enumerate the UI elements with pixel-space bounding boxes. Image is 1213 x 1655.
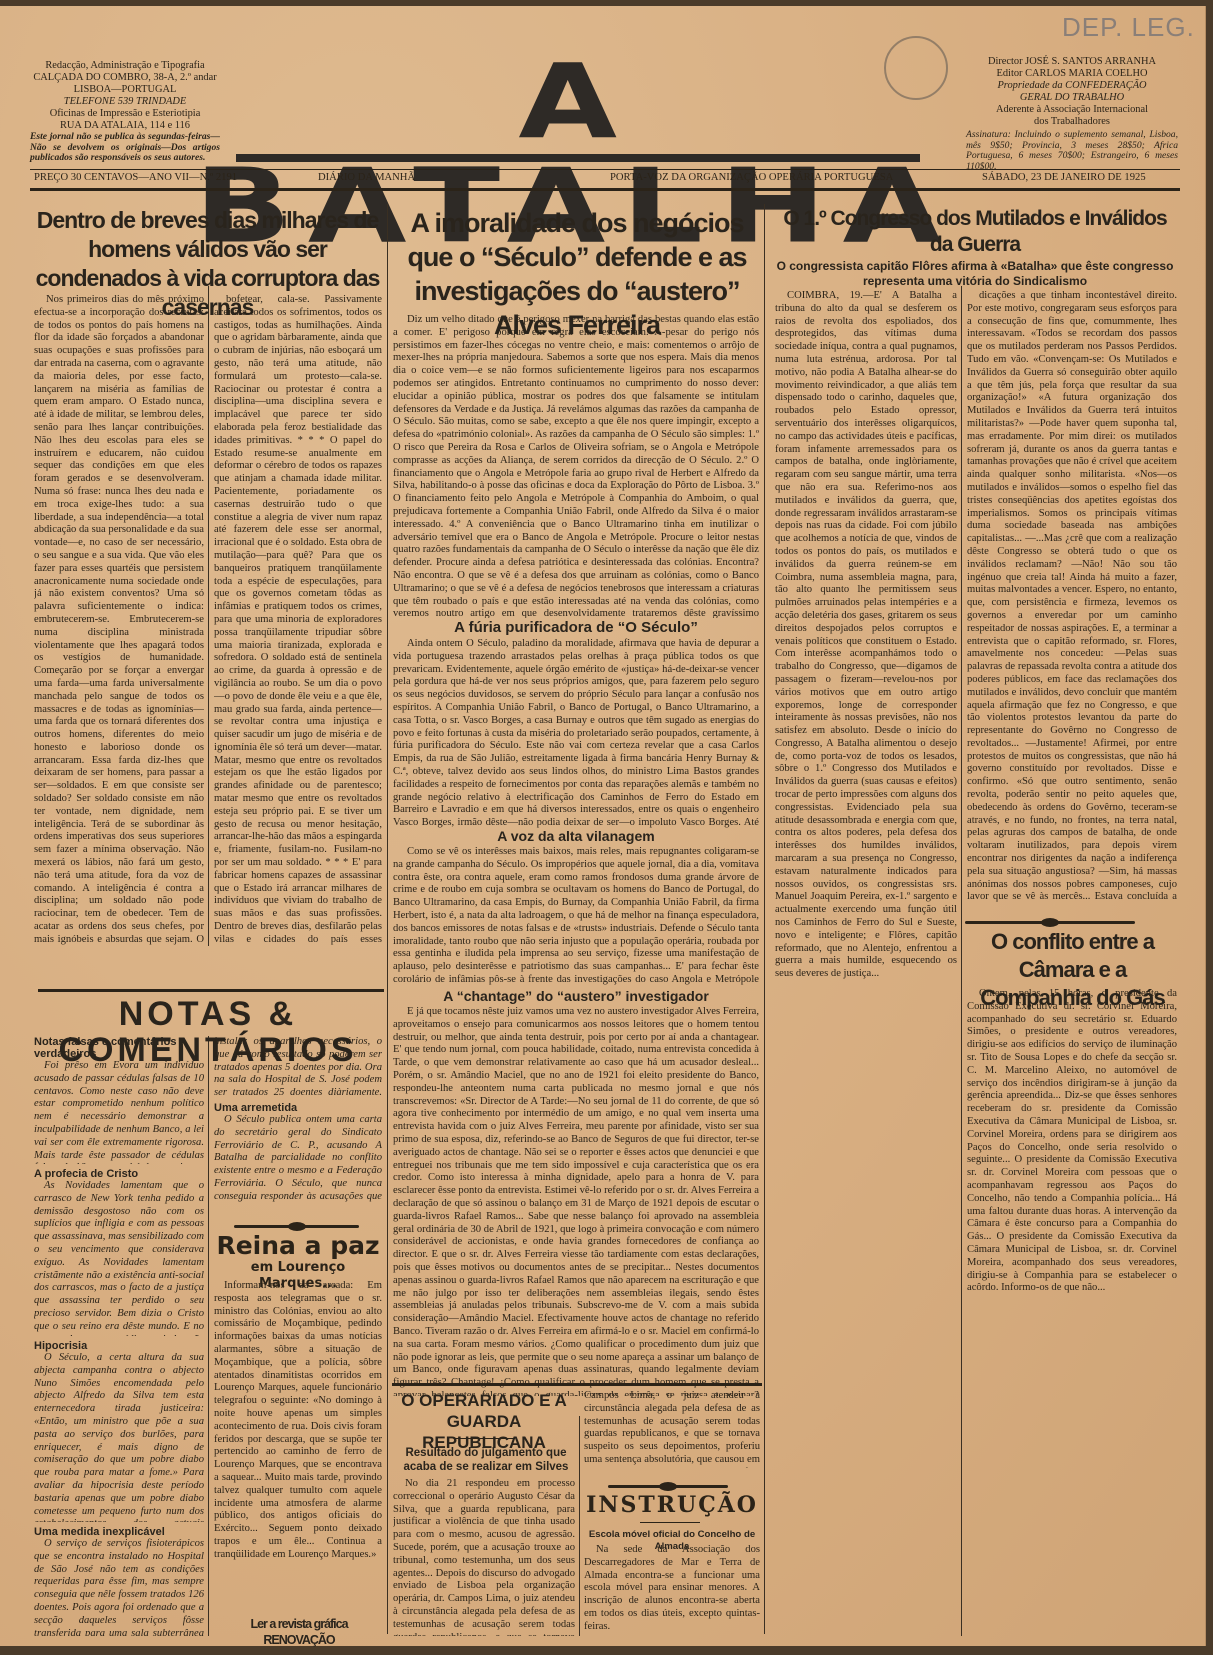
article-casernas-col1: Nos primeiros dias do mês próximo efectu… [34,294,204,946]
daily-label: DIÁRIO DA MANHÃ [318,172,415,183]
note-text: Foi prêso em Evora um indivíduo acusado … [34,1060,204,1164]
ownership-line: Propriedade da CONFEDERAÇÃO [966,80,1178,92]
note-text: O serviço de serviços fisioterápicos que… [34,1538,204,1636]
section-rule [38,989,384,992]
note-text: As Novidades lamentam que o carrasco de … [34,1180,204,1336]
affiliation-line: dos Trabalhadores [966,116,1178,128]
note-text: O Século publica ontem uma carta do secr… [214,1114,382,1204]
notas-col2: instalar os aparelhos necessários, o que… [214,1036,382,1204]
ornament-rule [608,1485,728,1488]
ornament-rule [234,1225,359,1228]
subhead-vilanagem: A voz da alta vilanagem [393,828,759,845]
article-congresso-col2: dicações a que tinham incontestável dire… [967,290,1177,902]
ownership-line: GERAL DO TRABALHO [966,92,1178,104]
note-title: Notas falsas e comentários verdadeiros [34,1036,204,1060]
column-divider [764,204,765,1634]
note-title: Uma arremetida [214,1102,382,1114]
subhead-furia: A fúria purificadora de “O Século” [393,619,759,637]
article-gas-text: Ontem, pelas 15 horas, o presidente da C… [967,988,1177,1636]
article-casernas-col2: bofetear, cala-se. Passivamente aceitará… [214,294,382,946]
article-seculo-lead: Diz um velho ditado que é perigoso mexer… [393,314,759,618]
article-congresso-col1: COIMBRA, 19.—E' A Batalha a tribuna do a… [775,290,957,1636]
editor-line: Editor CARLOS MARIA COELHO [966,68,1178,80]
ornament-rule [965,921,1135,924]
article-lourenco-text: Informam-nos da arcada: Em resposta aos … [214,1280,382,1610]
column-divider [579,1416,580,1636]
issue-date: SÁBADO, 23 DE JANEIRO DE 1925 [982,172,1146,183]
price-issue: PREÇO 30 CENTAVOS—ANO VII—N.º 2191 [34,172,237,183]
section-rule [392,1383,762,1386]
dateline-bottom-rule [30,188,1180,191]
article-guarda-text: No dia 21 respondeu em processo correcci… [393,1478,575,1636]
newspaper-logo: A BATALHA [175,51,977,156]
headline-congresso: O 1.º Congresso dos Mutilados e Inválido… [770,206,1180,258]
article-seculo-vilanagem: Como se vê os interêsses mais baixos, ma… [393,846,759,986]
masthead-right-info: Director JOSÉ S. SANTOS ARRANHA Editor C… [966,56,1178,172]
note-text-continued: instalar os aparelhos necessários, o que… [214,1036,382,1100]
column-divider [208,286,209,946]
director-line: Director JOSÉ S. SANTOS ARRANHA [966,56,1178,68]
column-divider [208,1036,209,1636]
column-divider [387,204,388,1634]
column-divider [961,286,962,1636]
dateline-top-rule [30,169,1180,170]
note-title: A profecia de Cristo [34,1168,204,1180]
article-seculo-chantage: E já que tocamos nêste juiz vamos uma ve… [393,1006,759,1396]
headline-guarda: O OPERARIADO E A GUARDA REPUBLICANA [390,1390,578,1453]
note-title: Hipocrisia [34,1340,204,1352]
motto: PORTA-VOZ DA ORGANIZAÇÃO OPERÁRIA PORTUG… [610,172,893,183]
subheadline-guarda: Resultado do julgamento que acaba de se … [396,1446,576,1474]
note-title: Uma medida inexplicável [34,1526,204,1538]
short-rule [455,1438,515,1439]
headline-reina-paz: Reina a paz [212,1232,384,1260]
subheadline-congresso: O congressista capitão Flôres afirma à «… [770,259,1180,289]
headline-instrucao: INSTRUÇÃO [584,1492,760,1518]
article-guarda-continued: Campos Lima, o juiz atendeu à circunstân… [584,1390,760,1468]
short-rule [640,1522,700,1523]
logo-underline [236,154,920,162]
note-text: O Século, a certa altura da sua abjecta … [34,1352,204,1522]
newspaper-page: Redacção, Administração e Tipografia CAL… [0,6,1206,1646]
article-instrucao-text: Na sede da Associação dos Descarregadore… [584,1544,760,1634]
promo-renovacao[interactable]: Ler a revista gráfica RENOVAÇÃO [214,1616,384,1648]
subhead-chantage: A “chantage” do “austero” investigador [393,988,759,1005]
affiliation-line: Aderente à Associação Internacional [966,104,1178,116]
deposit-stamp: DEP. LEG. [1062,12,1195,43]
library-stamp-icon [884,36,948,100]
article-seculo-furia: Ainda ontem O Século, paladino da morali… [393,638,759,828]
notas-col1: Notas falsas e comentários verdadeiros F… [34,1036,204,1636]
subscription-info: Assinatura: Incluindo o suplemento seman… [966,130,1178,172]
